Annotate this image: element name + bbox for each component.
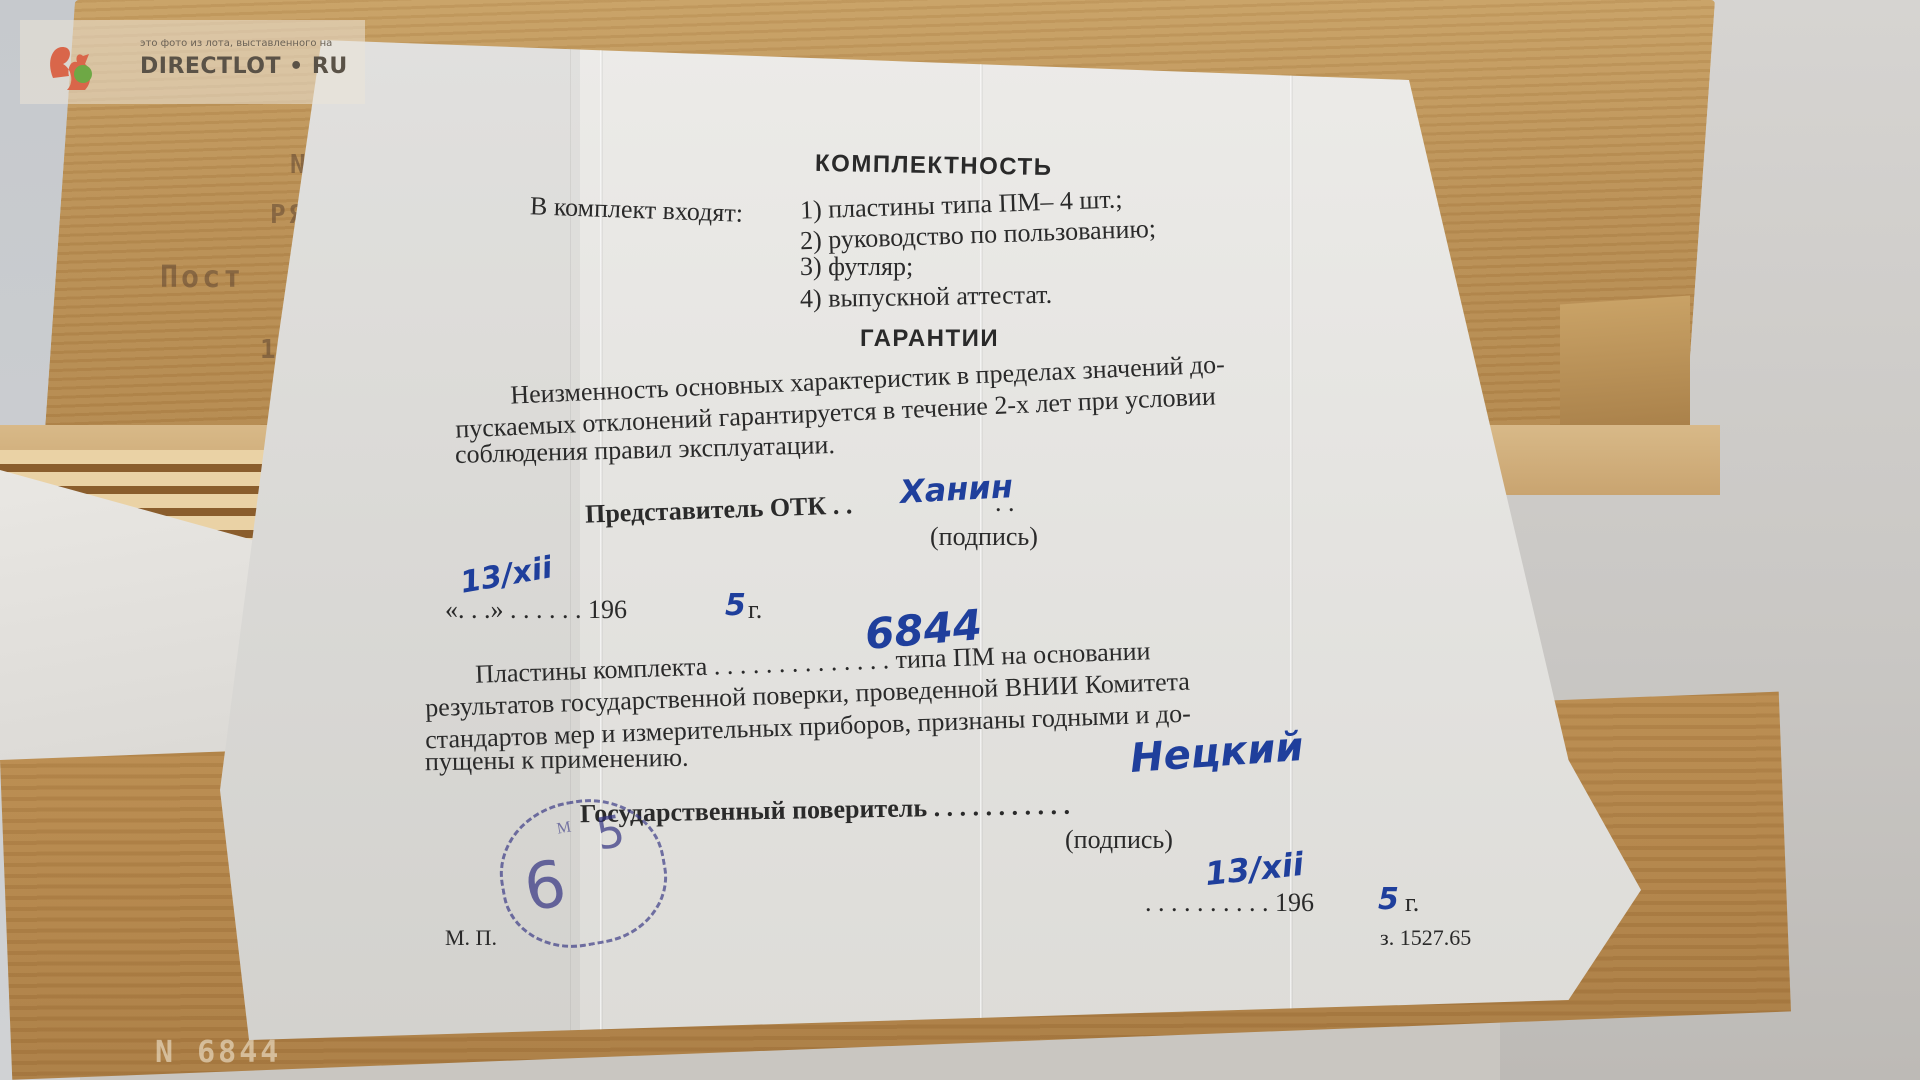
print-code: з. 1527.65	[1380, 925, 1471, 951]
date2-handwritten: 13/xii	[1203, 845, 1305, 893]
verifier-signature: Нецкий	[1129, 724, 1305, 782]
stamp-letter: М	[556, 819, 573, 839]
verifier-signature-caption: (подпись)	[1065, 825, 1173, 855]
completeness-heading: КОМПЛЕКТНОСТЬ	[815, 150, 1053, 182]
squirrel-icon	[45, 38, 105, 93]
date1-suffix: г.	[748, 595, 762, 625]
wood-marking-serial: N 6844	[155, 1035, 281, 1070]
otk-dots: . .	[995, 488, 1015, 518]
date1-handwritten: 13/xii	[458, 550, 555, 601]
completeness-item: 4) выпускной аттестат.	[800, 280, 1053, 314]
completeness-item: 3) футляр;	[800, 252, 913, 282]
date2-dotted: . . . . . . . . . . 196	[1145, 888, 1314, 918]
completeness-intro: В комплект входят:	[530, 191, 744, 228]
wood-marking: Пост	[160, 260, 244, 295]
watermark-caption: это фото из лота, выставленного на	[140, 38, 332, 49]
stamp-tail: 5	[592, 806, 628, 861]
stamp-number: 6	[519, 847, 572, 927]
photo-scene: N 5 РЯ Пост 19 N 6844 КОМПЛЕКТНОСТЬ В ко…	[0, 0, 1920, 1080]
date2-suffix: г.	[1405, 888, 1419, 918]
date1-year-digit: 5	[725, 588, 746, 623]
stamp-place-label: М. П.	[445, 925, 497, 951]
date1-dotted: «. . .» . . . . . . 196	[445, 595, 627, 625]
directlot-watermark: это фото из лота, выставленного на DIREC…	[20, 20, 365, 104]
otk-signature-caption: (подпись)	[930, 522, 1038, 552]
verifier-label: Государственный поверитель . . . . . . .…	[580, 791, 1071, 830]
watermark-brand: DIRECTLOT • RU	[140, 54, 348, 79]
date2-year-digit: 5	[1378, 882, 1399, 917]
warranty-heading: ГАРАНТИИ	[860, 325, 999, 353]
otk-label: Представитель ОТК . .	[585, 490, 853, 529]
verification-text-line: пущены к применению.	[425, 743, 689, 778]
